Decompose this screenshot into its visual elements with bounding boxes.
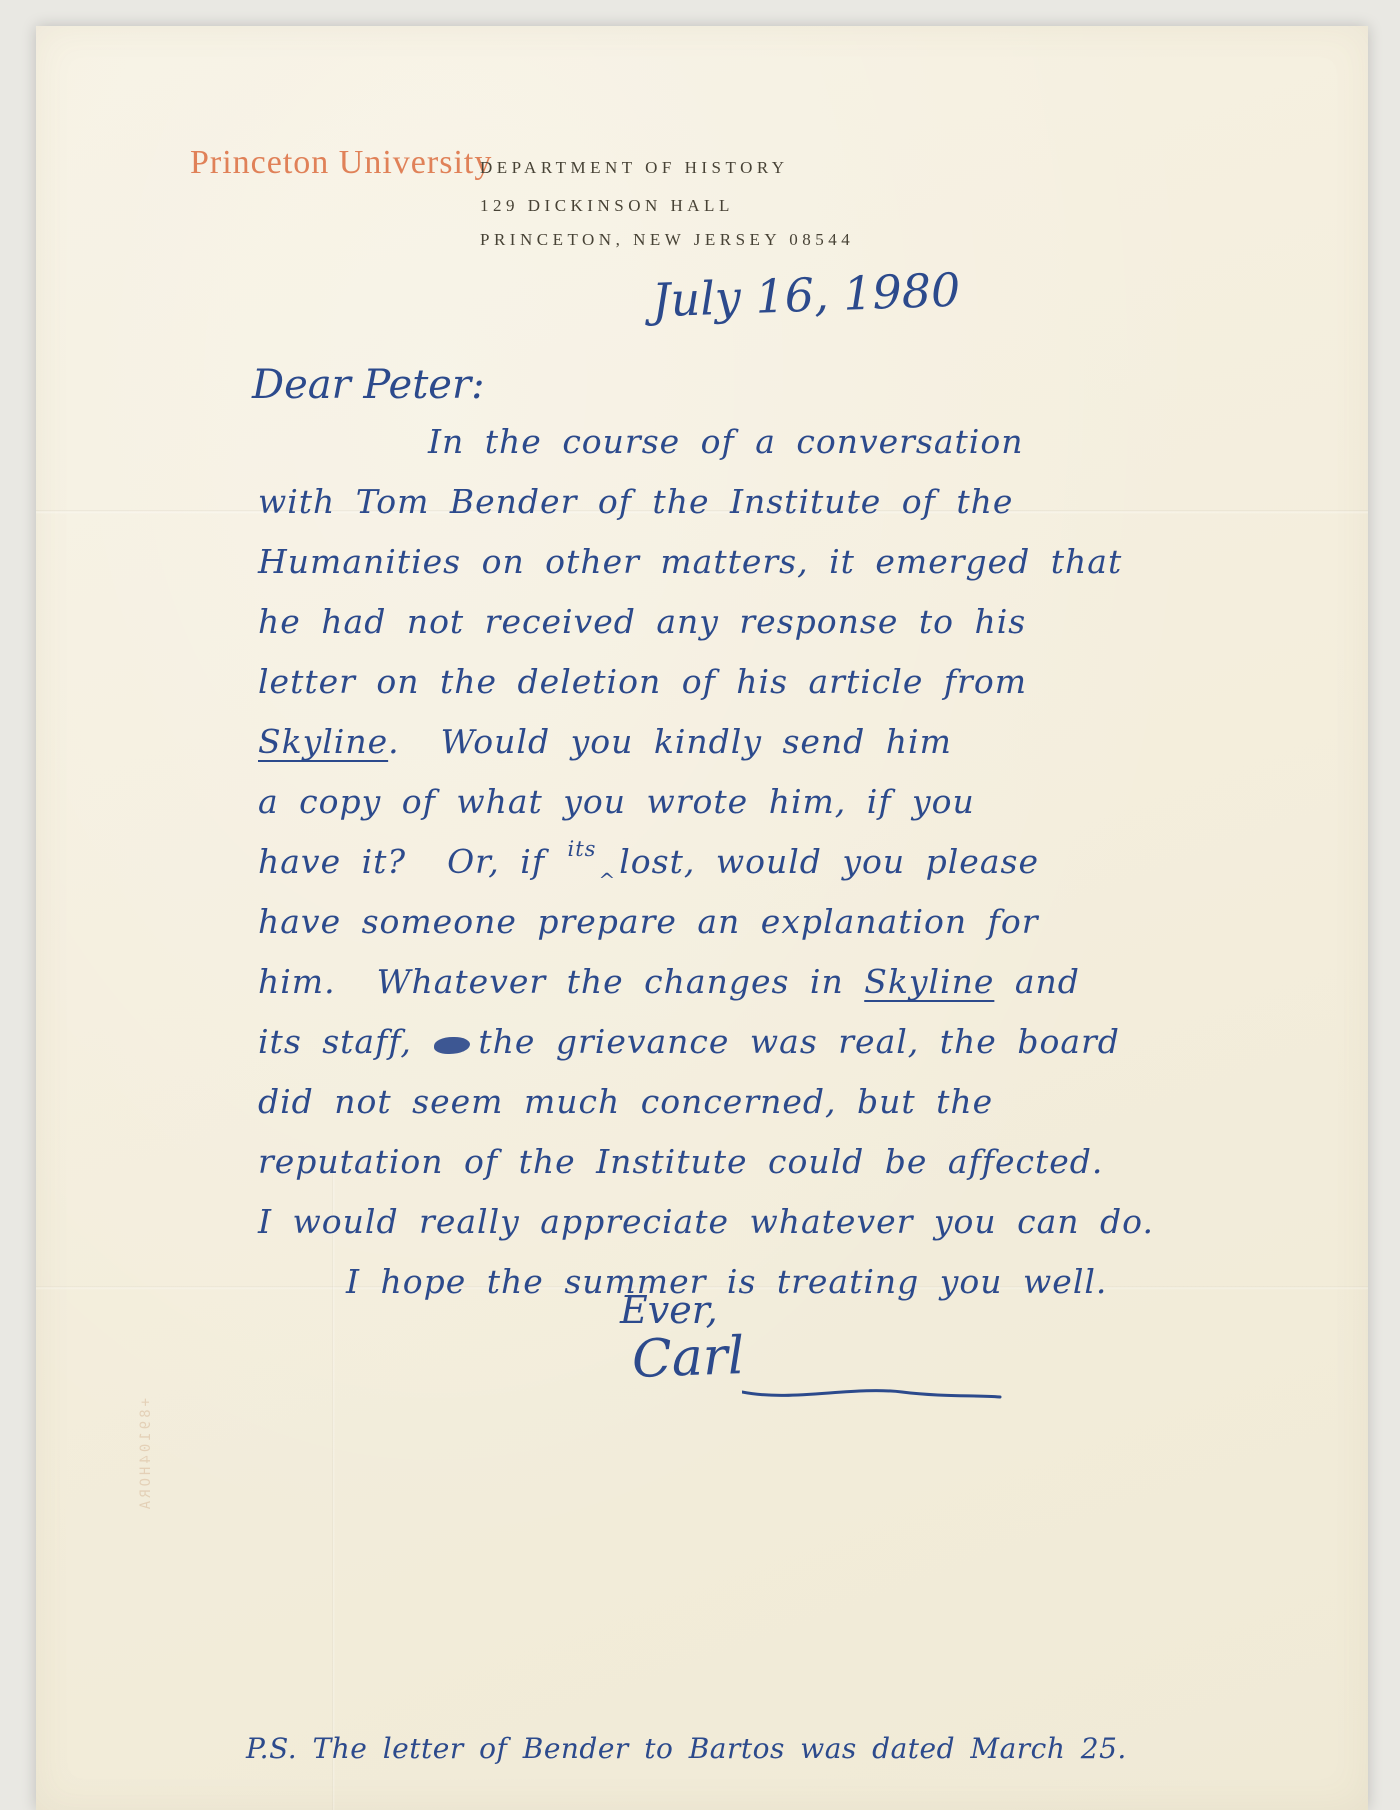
signature-flourish	[742, 1378, 1002, 1408]
body-text: did not seem much concerned, but the	[258, 1082, 993, 1121]
body-text: have it? Or, if	[258, 842, 566, 881]
body-line: reputation of the Institute could be aff…	[258, 1132, 1318, 1192]
caret-mark: ^	[598, 868, 615, 892]
body-text: . Would you kindly send him	[388, 722, 952, 761]
body-text: and	[994, 962, 1080, 1001]
crossed-out-blot	[434, 1037, 470, 1054]
letterhead-university-name: Princeton University	[190, 144, 492, 182]
ink-bleedthrough-artifact: +89104HORA	[138, 1398, 154, 1512]
body-line: have it? Or, if its^lost, would you plea…	[258, 832, 1318, 892]
letter-body: In the course of a conversationwith Tom …	[258, 412, 1318, 1312]
body-line: have someone prepare an explanation for	[258, 892, 1318, 952]
body-text: In the course of a conversation	[428, 422, 1023, 461]
body-line: I hope the summer is treating you well.	[258, 1252, 1318, 1312]
body-text: lost, would you please	[619, 842, 1039, 881]
body-line: did not seem much concerned, but the	[258, 1072, 1318, 1132]
body-line: Humanities on other matters, it emerged …	[258, 532, 1318, 592]
body-line: with Tom Bender of the Institute of the	[258, 472, 1318, 532]
body-line: In the course of a conversation	[258, 412, 1318, 472]
underlined-word: Skyline	[258, 722, 388, 761]
letter-closing: Ever,	[620, 1288, 718, 1332]
body-line: him. Whatever the changes in Skyline and	[258, 952, 1318, 1012]
body-text: have someone prepare an explanation for	[258, 902, 1039, 941]
body-line: he had not received any response to his	[258, 592, 1318, 652]
letter-salutation: Dear Peter:	[252, 362, 485, 408]
body-text: a copy of what you wrote him, if you	[258, 782, 975, 821]
body-text: its staff,	[258, 1022, 432, 1061]
scanned-letter-page: +89104HORA Princeton University DEPARTME…	[0, 0, 1400, 1810]
letterhead-department: DEPARTMENT OF HISTORY	[480, 158, 789, 178]
body-text: him. Whatever the changes in	[258, 962, 864, 1001]
letterhead-address-line2: PRINCETON, NEW JERSEY 08544	[480, 230, 854, 250]
body-text: I hope the summer is treating you well.	[346, 1262, 1107, 1301]
letter-postscript: P.S. The letter of Bender to Bartos was …	[246, 1732, 1127, 1765]
body-text: with Tom Bender of the Institute of the	[258, 482, 1013, 521]
body-line: its staff, the grievance was real, the b…	[258, 1012, 1318, 1072]
underlined-word: Skyline	[864, 962, 994, 1001]
body-text: Humanities on other matters, it emerged …	[258, 542, 1122, 581]
letterhead-address-line1: 129 DICKINSON HALL	[480, 196, 734, 216]
body-text: letter on the deletion of his article fr…	[258, 662, 1027, 701]
letter-date: July 16, 1980	[651, 263, 961, 328]
body-line: a copy of what you wrote him, if you	[258, 772, 1318, 832]
body-text: the grievance was real, the board	[478, 1022, 1120, 1061]
body-text: he had not received any response to his	[258, 602, 1026, 641]
body-text: I would really appreciate whatever you c…	[258, 1202, 1154, 1241]
body-line: letter on the deletion of his article fr…	[258, 652, 1318, 712]
inserted-word: its	[568, 837, 597, 861]
signature: Carl	[631, 1326, 745, 1390]
body-line: I would really appreciate whatever you c…	[258, 1192, 1318, 1252]
body-line: Skyline. Would you kindly send him	[258, 712, 1318, 772]
body-text: reputation of the Institute could be aff…	[258, 1142, 1103, 1181]
